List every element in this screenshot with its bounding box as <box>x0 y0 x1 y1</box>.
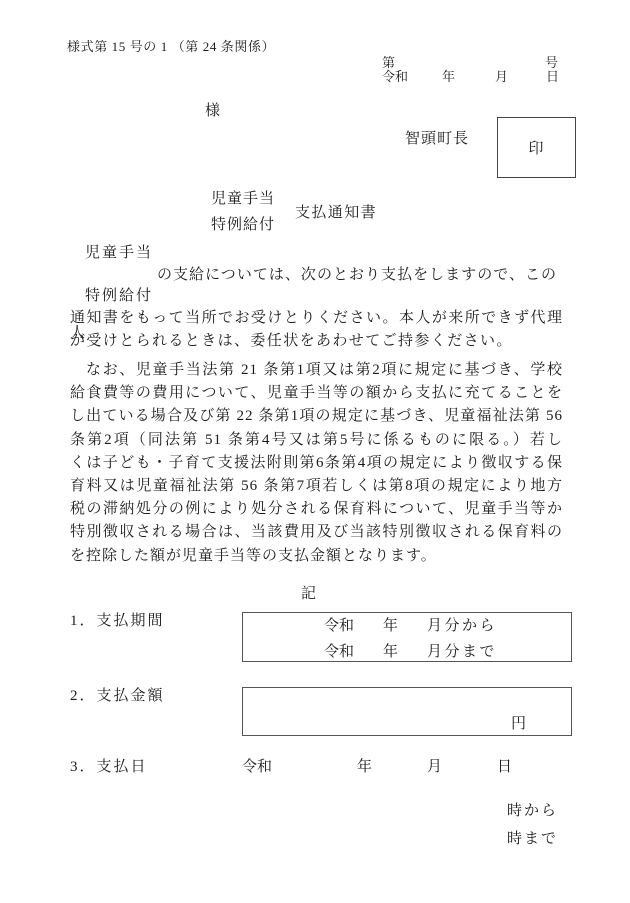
date-month-label: 月 <box>495 70 508 83</box>
payday-era-label: 令和 <box>242 760 272 775</box>
doc-number-suffix: 号 <box>545 56 558 69</box>
time-to-label: 時まで <box>507 832 558 847</box>
intro-allowance-type-2: 特例給付 <box>85 289 153 304</box>
payment-date-line: 令和 年 月 日 <box>0 760 630 775</box>
payday-year-label: 年 <box>357 760 372 775</box>
intro-line-1: の支給については、次のとおり支払をしますので、この <box>157 268 557 283</box>
note-line: 給食費等の費用について、児童手当等の額から支払に充てることを申 <box>70 382 563 405</box>
seal-placeholder-label: 印 <box>528 137 544 158</box>
period-from-era: 令和 <box>324 619 354 634</box>
seal-box: 印 <box>497 117 576 178</box>
time-from-label: 時から <box>507 804 558 819</box>
doc-number-line: 第 号 <box>382 56 558 69</box>
date-day-label: 日 <box>546 70 559 83</box>
issue-date-line: 令和 年 月 日 <box>382 70 558 83</box>
form-number: 様式第 15 号の 1 （第 24 条関係） <box>67 40 275 53</box>
item2-label: 2．支払金額 <box>70 689 165 704</box>
note-line: を控除した額が児童手当等の支払金額となります。 <box>70 545 563 568</box>
document-title: 支払通知書 <box>295 206 377 221</box>
note-line: し出ている場合及び第 22 条第1項の規定に基づき、児童福祉法第 56 <box>70 405 563 428</box>
note-line: 条第2項（同法第 51 条第4号又は第5号に係るものに限る。）若し <box>70 429 563 452</box>
title-allowance-type-2: 特例給付 <box>211 218 275 233</box>
issuer-name: 智頭町長 <box>405 132 469 147</box>
payment-amount-box: 円 <box>242 687 572 736</box>
note-line: 特別徴収される場合は、当該費用及び当該特別徴収される保育料の額 <box>70 521 563 544</box>
intro-line-3: が受けとられるときは、委任状をあわせてご持参ください。 <box>70 334 513 349</box>
note-paragraph: なお、児童手当法第 21 条第1項又は第2項に規定に基づき、学校 給食費等の費用… <box>70 359 563 568</box>
period-to-era: 令和 <box>324 645 354 660</box>
payment-period-box: 令和 年 月分から 令和 年 月分まで <box>242 612 572 662</box>
date-era-label: 令和 <box>382 70 408 83</box>
amount-unit-label: 円 <box>511 717 526 732</box>
period-from-month: 月分から <box>427 619 497 634</box>
note-line: くは子ども・子育て支援法附則第6条第4項の規定により徴収する保 <box>70 452 563 475</box>
note-line: なお、児童手当法第 21 条第1項又は第2項に規定に基づき、学校 <box>70 359 563 382</box>
note-line: 育料又は児童福祉法第 56 条第7項若しくは第8項の規定により地方 <box>70 475 563 498</box>
addressee-honorific: 様 <box>205 104 220 119</box>
title-allowance-type-1: 児童手当 <box>211 192 275 207</box>
payday-day-label: 日 <box>497 760 512 775</box>
doc-number-prefix: 第 <box>382 56 395 69</box>
details-heading: 記 <box>301 587 316 602</box>
date-year-label: 年 <box>442 70 455 83</box>
item1-label: 1．支払期間 <box>70 614 165 629</box>
period-to-month: 月分まで <box>427 645 497 660</box>
period-to-year: 年 <box>383 645 398 660</box>
note-line: 税の滞納処分の例により処分される保育料について、児童手当等から <box>70 498 563 521</box>
document-page: 様式第 15 号の 1 （第 24 条関係） 第 号 令和 年 月 日 様 智頭… <box>0 0 630 903</box>
payday-month-label: 月 <box>427 760 442 775</box>
period-from-year: 年 <box>383 619 398 634</box>
intro-allowance-type-1: 児童手当 <box>85 246 153 261</box>
